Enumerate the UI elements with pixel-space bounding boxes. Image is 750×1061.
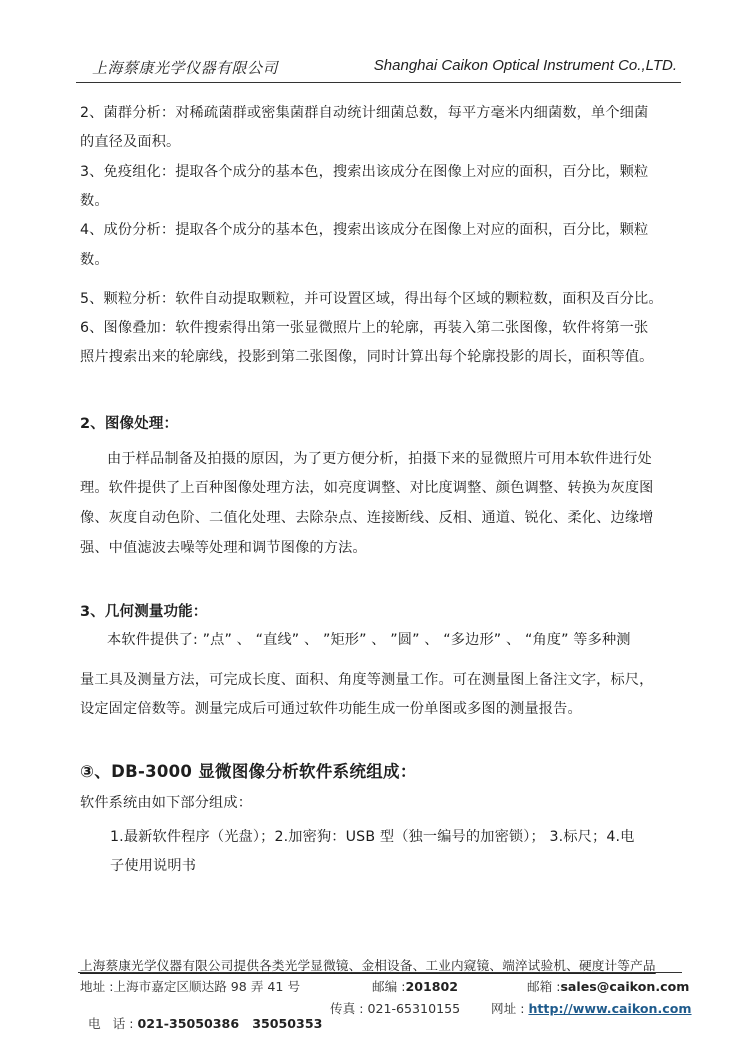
footer-postcode: 邮编 :201802: [372, 976, 458, 995]
email-value[interactable]: sales@caikon.com: [560, 979, 689, 994]
footer-divider: [78, 972, 682, 973]
image-processing-line: 由于样品制备及拍摄的原因，为了更方便分析，拍摄下来的显微照片可用本软件进行处: [107, 449, 652, 469]
fax-label: 传真 :: [330, 1001, 367, 1016]
analysis-item-immuno: 3、免疫组化：提取各个成分的基本色，搜索出该成分在图像上对应的面积，百分比，颗粒: [80, 162, 648, 182]
geometry-line: 量工具及测量方法，可完成长度、面积、角度等测量工作。可在测量图上备注文字，标尺，: [80, 670, 654, 690]
header-company-cn: 上海蔡康光学仪器有限公司: [92, 57, 278, 78]
image-processing-line: 理。软件提供了上百种图像处理方法，如亮度调整、对比度调整、颜色调整、转换为灰度图: [80, 478, 654, 498]
footer-phone: 电 话 : 021-35050386 35050353: [80, 998, 322, 1032]
composition-list-cont: 子使用说明书: [110, 856, 196, 876]
website-label: 网址 :: [491, 1001, 528, 1016]
analysis-item-colony-cont: 的直径及面积。: [80, 132, 180, 152]
header-divider: [76, 82, 681, 83]
footer-address: 地址 :上海市嘉定区顺达路 98 弄 41 号: [80, 976, 300, 995]
address-value: 上海市嘉定区顺达路 98 弄 41 号: [113, 979, 300, 994]
analysis-item-particle: 5、颗粒分析：软件自动提取颗粒，并可设置区域，得出每个区域的颗粒数，面积及百分比…: [80, 289, 663, 309]
footer-website: 网址 : http://www.caikon.com: [491, 998, 692, 1017]
postcode-label: 邮编 :: [372, 979, 405, 994]
analysis-item-overlay-cont: 照片搜索出来的轮廓线，投影到第二张图像，同时计算出每个轮廓投影的周长，面积等值。: [80, 347, 654, 367]
composition-list: 1.最新软件程序（光盘）；2.加密狗：USB 型（独一编号的加密锁）； 3.标尺…: [110, 827, 635, 847]
footer-fax: 传真 : 021-65310155: [330, 998, 460, 1017]
analysis-item-colony: 2、菌群分析：对稀疏菌群或密集菌群自动统计细菌总数，每平方毫米内细菌数，单个细菌: [80, 103, 648, 123]
header-company-en: Shanghai Caikon Optical Instrument Co.,L…: [374, 57, 677, 74]
address-label: 地址 :: [80, 979, 113, 994]
email-label: 邮箱 :: [527, 979, 560, 994]
section-heading-image-processing: 2、图像处理：: [80, 414, 178, 434]
analysis-item-immuno-cont: 数。: [80, 191, 109, 211]
postcode-value: 201802: [405, 979, 458, 994]
footer-email: 邮箱 :sales@caikon.com: [527, 976, 689, 995]
analysis-item-component-cont: 数。: [80, 250, 109, 270]
image-processing-line: 强、中值滤波去噪等处理和调节图像的方法。: [80, 538, 367, 558]
section-heading-composition: ③、DB-3000 显微图像分析软件系统组成：: [80, 762, 417, 782]
phone-value: 021-35050386 35050353: [137, 1016, 322, 1031]
image-processing-line: 像、灰度自动色阶、二值化处理、去除杂点、连接断线、反相、通道、锐化、柔化、边缘增: [80, 508, 654, 528]
website-link[interactable]: http://www.caikon.com: [528, 1001, 691, 1016]
section-heading-geometry: 3、几何测量功能：: [80, 602, 207, 622]
analysis-item-component: 4、成份分析：提取各个成分的基本色，搜索出该成分在图像上对应的面积，百分比，颗粒: [80, 220, 648, 240]
phone-label: 电 话 :: [88, 1016, 137, 1031]
composition-intro: 软件系统由如下部分组成：: [80, 793, 252, 813]
analysis-item-overlay: 6、图像叠加：软件搜索得出第一张显微照片上的轮廓，再装入第二张图像，软件将第一张: [80, 318, 648, 338]
fax-value: 021-65310155: [367, 1001, 460, 1016]
geometry-line: 本软件提供了: ”点” 、 “直线” 、 ”矩形” 、 ”圆” 、 “多边形” …: [107, 630, 631, 650]
geometry-line: 设定固定倍数等。测量完成后可通过软件功能生成一份单图或多图的测量报告。: [80, 699, 582, 719]
